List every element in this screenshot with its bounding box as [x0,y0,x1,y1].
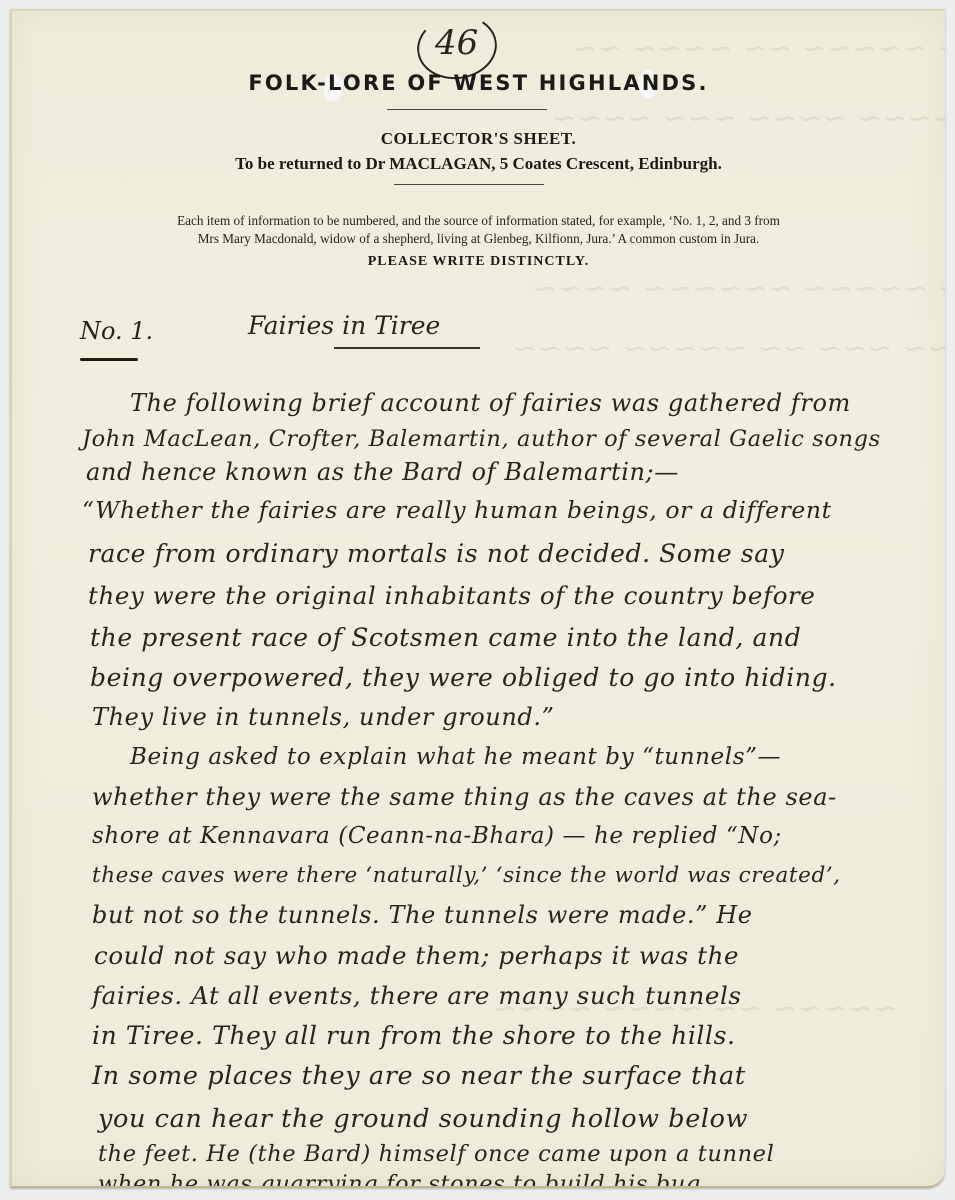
handwritten-line: They live in tunnels, under ground.” [92,703,554,731]
handwritten-line: these caves were there ‘naturally,’ ‘sin… [92,863,841,888]
handwritten-line: in Tiree. They all run from the shore to… [92,1021,736,1050]
handwritten-line: race from ordinary mortals is not decide… [88,539,784,568]
handwritten-line: the present race of Scotsmen came into t… [90,623,801,652]
handwritten-line: when he was quarrying for stones to buil… [98,1171,701,1188]
handwritten-line: and hence known as the Bard of Balemarti… [86,458,679,486]
handwritten-line: Being asked to explain what he meant by … [130,744,781,770]
handwritten-line: the feet. He (the Bard) himself once cam… [98,1141,774,1167]
collector-sheet-page: ~~~ ~~~~~ ~~ ~~~~ ~~ ~~ ~~~~~ ~~~~ ~~~ ~… [10,9,945,1188]
handwritten-line: whether they were the same thing as the … [92,783,837,811]
handwritten-line: being overpowered, they were obliged to … [90,663,837,692]
handwritten-body: The following brief account of fairies w… [12,11,945,1186]
handwritten-line: In some places they are so near the surf… [92,1061,746,1091]
handwritten-line: fairies. At all events, there are many s… [92,981,742,1010]
handwritten-line: John MacLean, Crofter, Balemartin, autho… [82,426,881,452]
handwritten-line: but not so the tunnels. The tunnels were… [92,901,753,929]
handwritten-line: could not say who made them; perhaps it … [94,941,739,970]
handwritten-line: shore at Kennavara (Ceann-na-Bhara) — he… [92,823,782,849]
handwritten-line: they were the original inhabitants of th… [88,581,815,610]
handwritten-line: The following brief account of fairies w… [130,389,851,417]
handwritten-line: you can hear the ground sounding hollow … [98,1104,748,1134]
handwritten-line: “Whether the fairies are really human be… [82,496,832,524]
